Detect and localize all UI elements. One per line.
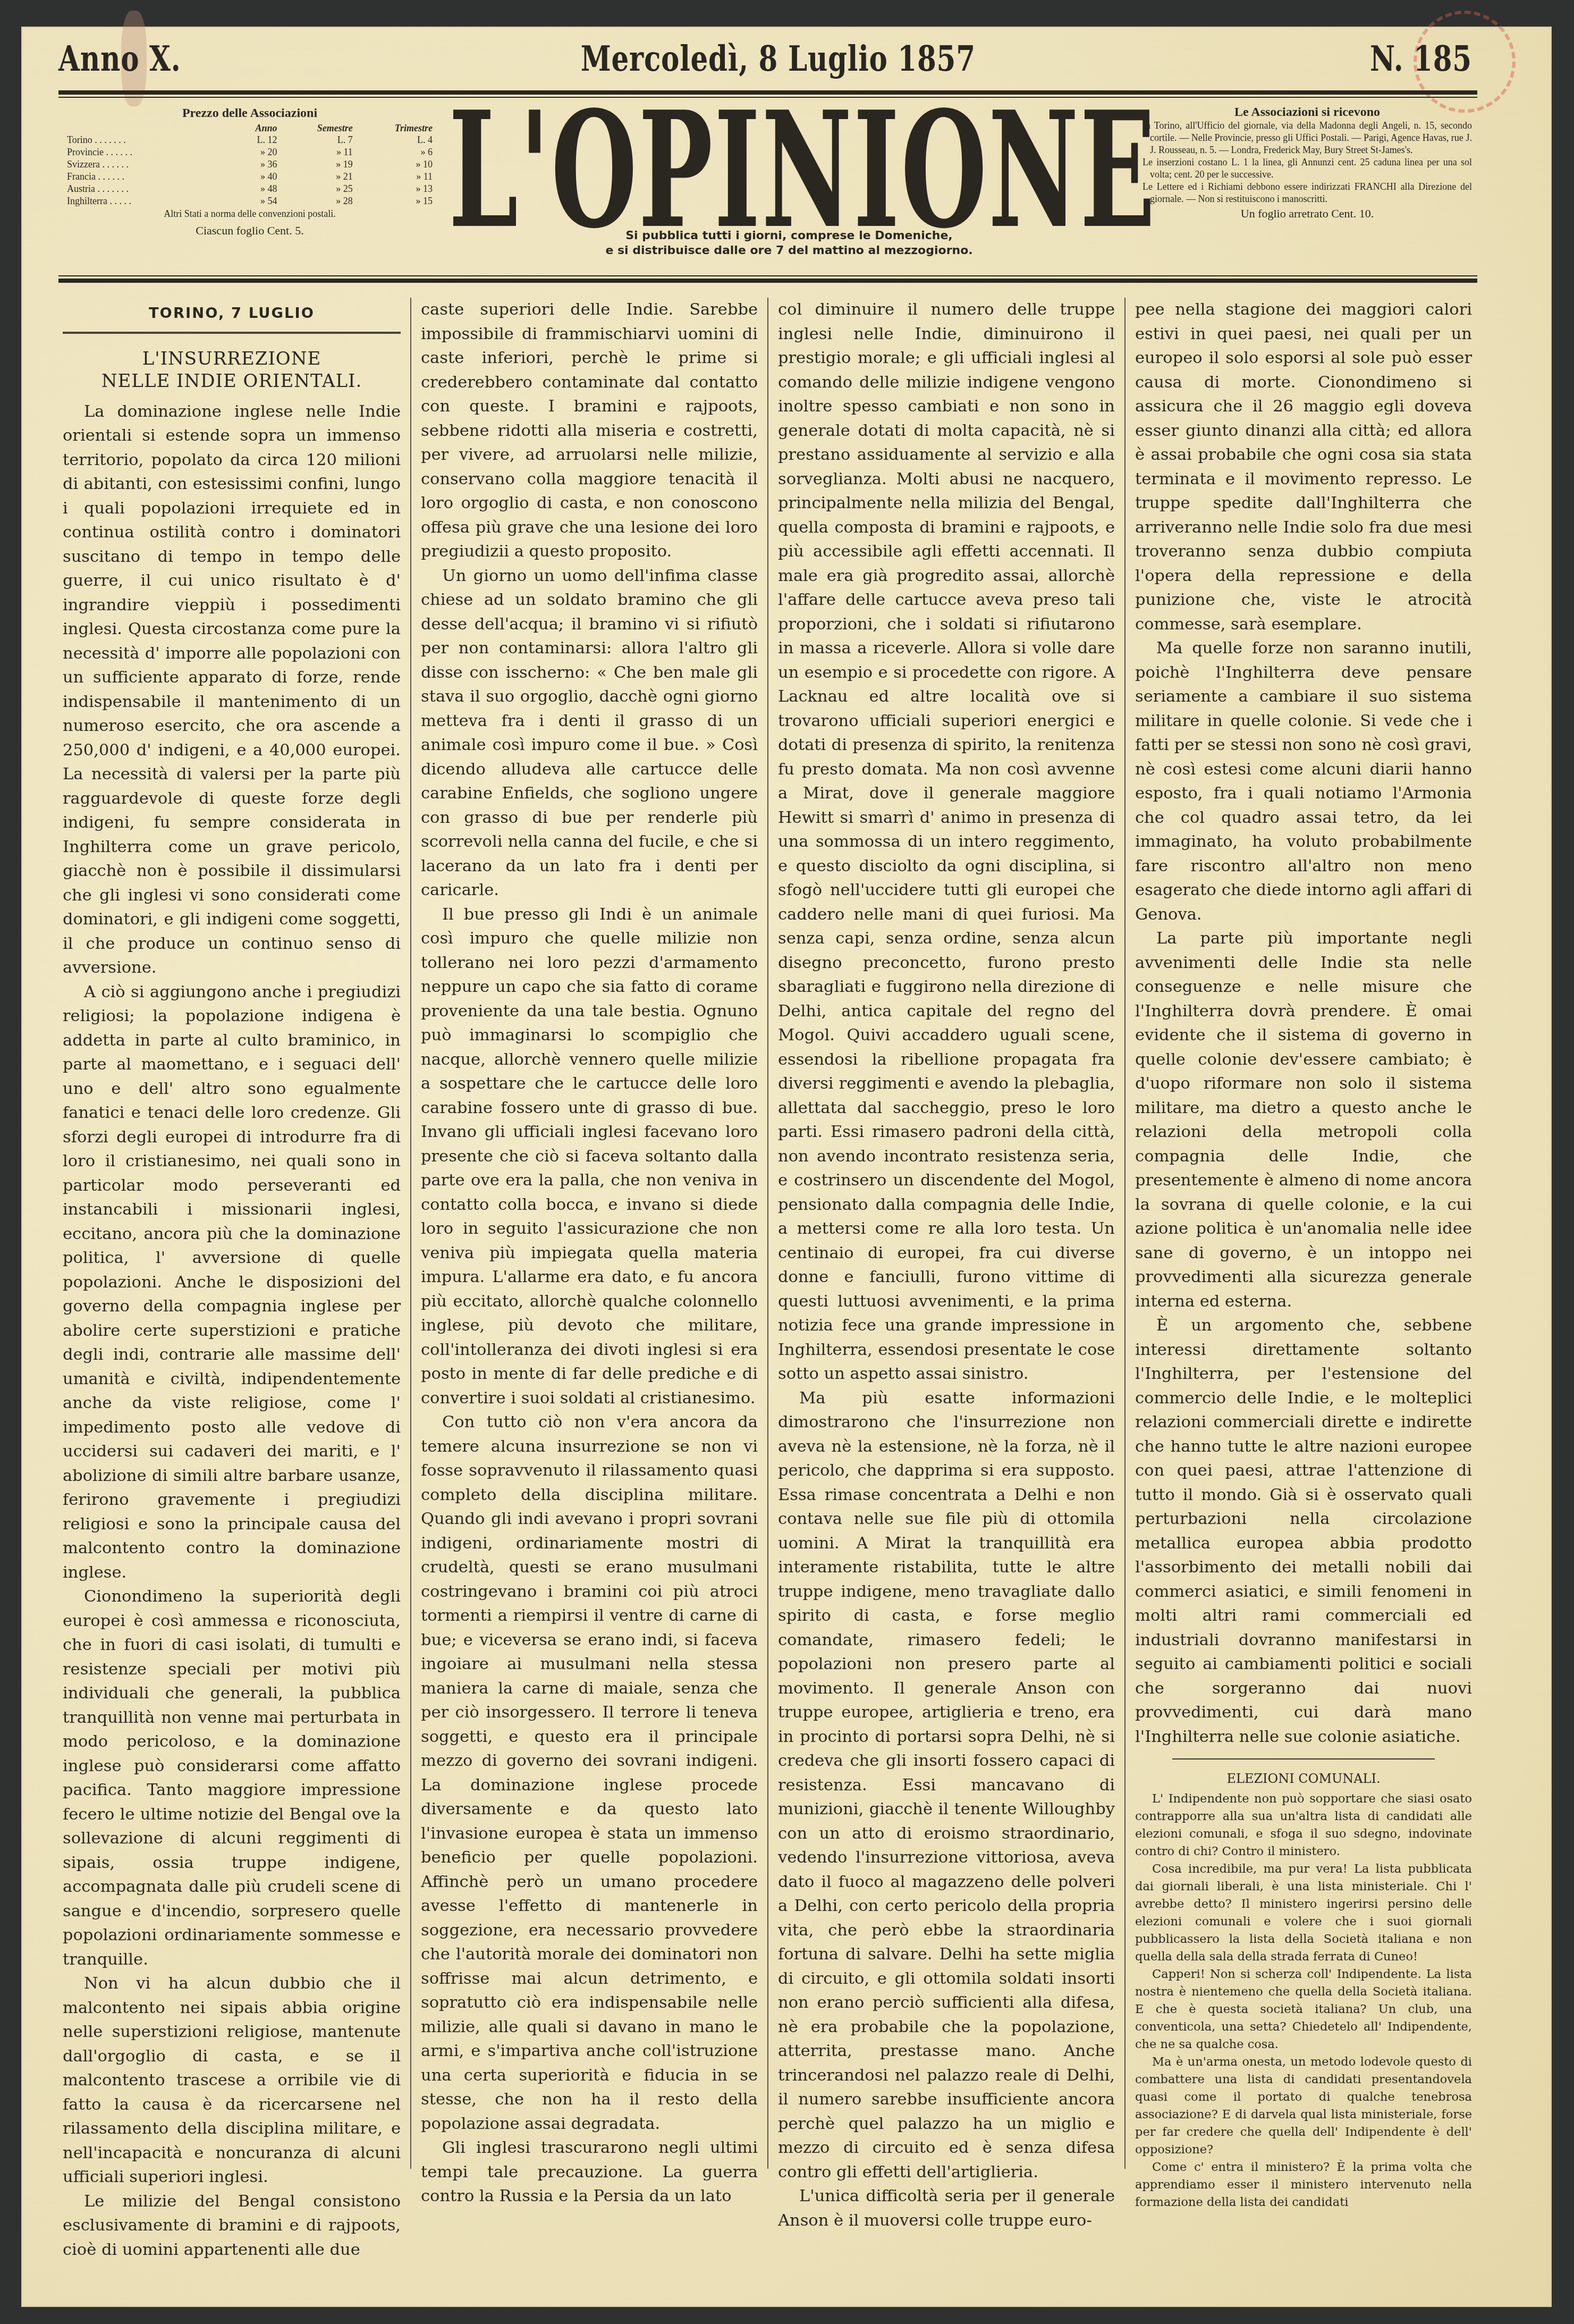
dateline: TORINO, 7 LUGLIO	[54, 302, 409, 326]
paragraph: La dominazione inglese nelle Indie orien…	[63, 400, 401, 980]
prices-col-header	[64, 123, 230, 134]
subscription-info-line: In Torino, all'Ufficio del giornale, via…	[1143, 120, 1472, 156]
subscription-info-title: Le Associazioni si ricevono	[1143, 106, 1472, 119]
paragraph: La parte più importante negli avveniment…	[1135, 927, 1472, 1313]
paragraph: col diminuire il numero delle truppe ing…	[778, 298, 1115, 1386]
dateline-rule	[63, 332, 401, 334]
subscription-info-line: Le inserzioni costano L. 1 la linea, gli…	[1143, 156, 1472, 181]
paragraph: L'unica difficoltà seria per il generale…	[778, 2184, 1115, 2233]
paragraph: L' Indipendente non può sopportare che s…	[1135, 1790, 1472, 1860]
section-title: ELEZIONI COMUNALI.	[1135, 1770, 1472, 1787]
issue-date: Mercoledì, 8 Luglio 1857	[581, 38, 976, 79]
paragraph: Cionondimeno la superiorità degli europe…	[63, 1585, 401, 1972]
column-1: TORINO, 7 LUGLIO L'INSURREZIONE NELLE IN…	[53, 298, 410, 2169]
year-label: Anno X.	[58, 38, 181, 79]
subscription-prices: Prezzo delle Associazioni Anno Semestre …	[64, 106, 436, 238]
column-2: caste superiori delle Indie. Sarebbe imp…	[410, 298, 767, 2169]
article-title-line: L'INSURREZIONE	[63, 348, 401, 370]
prices-col-header: Trimestre	[356, 123, 436, 134]
section-divider	[1172, 1758, 1435, 1759]
paragraph: Capperi! Non si scherza coll' Indipenden…	[1135, 1966, 1472, 2053]
back-issue-price: Un foglio arretrato Cent. 10.	[1143, 207, 1472, 220]
paragraph: Non vi ha alcun dubbio che il malcontent…	[63, 1972, 401, 2190]
subscription-info: Le Associazioni si ricevono In Torino, a…	[1143, 106, 1472, 220]
section-body: L' Indipendente non può sopportare che s…	[1135, 1790, 1472, 2211]
prices-row: Provincie . . . . . .» 20» 11» 6	[64, 146, 436, 158]
paragraph: Ma più esatte informazioni dimostrarono …	[778, 1386, 1115, 2185]
article-title: L'INSURREZIONE NELLE INDIE ORIENTALI.	[63, 348, 401, 392]
masthead-bottom-rule-thin	[58, 275, 1477, 276]
paragraph: Un giorno un uomo dell'infima classe chi…	[421, 564, 758, 903]
publication-tagline: Si pubblica tutti i giorni, comprese le …	[457, 229, 1121, 258]
paragraph: Cosa incredibile, ma pur vera! La lista …	[1135, 1860, 1472, 1966]
prices-row: Torino . . . . . . .L. 12L. 7L. 4	[64, 134, 436, 146]
subscription-info-line: Le Lettere ed i Richiami debbono essere …	[1143, 181, 1472, 205]
article-columns: TORINO, 7 LUGLIO L'INSURREZIONE NELLE IN…	[53, 298, 1483, 2169]
prices-col-header: Semestre	[281, 123, 356, 134]
paragraph: È un argomento che, sebbene interessi di…	[1135, 1313, 1472, 1749]
paragraph: Il bue presso gli Indi è un animale così…	[421, 903, 758, 1411]
newspaper-title: L'OPINIONE	[457, 101, 1148, 239]
prices-col-header: Anno	[230, 123, 281, 134]
tagline-line: Si pubblica tutti i giorni, comprese le …	[457, 229, 1121, 243]
paragraph: Ma quelle forze non saranno inutili, poi…	[1135, 636, 1472, 927]
prices-title: Prezzo delle Associazioni	[64, 106, 436, 121]
paragraph: Ma è un'arma onesta, un metodo lodevole …	[1135, 2053, 1472, 2159]
paragraph: caste superiori delle Indie. Sarebbe imp…	[421, 298, 758, 564]
paragraph: Come c' entra il ministero? È la prima v…	[1135, 2159, 1472, 2211]
masthead: Prezzo delle Associazioni Anno Semestre …	[58, 96, 1477, 271]
newspaper-title-text: L'OPINIONE	[448, 90, 1156, 250]
scan-border	[0, 0, 1574, 27]
prices-row: Francia . . . . . .» 40» 21» 11	[64, 171, 436, 183]
column-4: pee nella stagione dei maggiori calori e…	[1124, 298, 1482, 2169]
prices-row: Inghilterra . . . . .» 54» 28» 15	[64, 195, 436, 207]
paragraph: Con tutto ciò non v'era ancora da temere…	[421, 1410, 758, 2136]
column-3: col diminuire il numero delle truppe ing…	[767, 298, 1124, 2169]
prices-row: Svizzera . . . . . .» 36» 19» 10	[64, 158, 436, 171]
single-copy-price: Ciascun foglio Cent. 5.	[64, 224, 436, 238]
issue-number: N. 185	[1370, 38, 1472, 79]
article-title-line: NELLE INDIE ORIENTALI.	[63, 370, 401, 392]
prices-row: Austria . . . . . . .» 48» 25» 13	[64, 183, 436, 195]
paragraph: Le milizie del Bengal consistono esclusi…	[63, 2190, 401, 2262]
paragraph: Gli inglesi trascurarono negli ultimi te…	[421, 2136, 758, 2209]
prices-table: Anno Semestre Trimestre Torino . . . . .…	[64, 123, 436, 207]
paragraph: pee nella stagione dei maggiori calori e…	[1135, 298, 1472, 636]
prices-note: Altri Stati a norma delle convenzioni po…	[64, 208, 436, 220]
paragraph: A ciò si aggiungono anche i pregiudizi r…	[63, 980, 401, 1585]
masthead-bottom-rule	[58, 279, 1477, 283]
tagline-line: e si distribuisce dalle ore 7 del mattin…	[457, 243, 1121, 258]
